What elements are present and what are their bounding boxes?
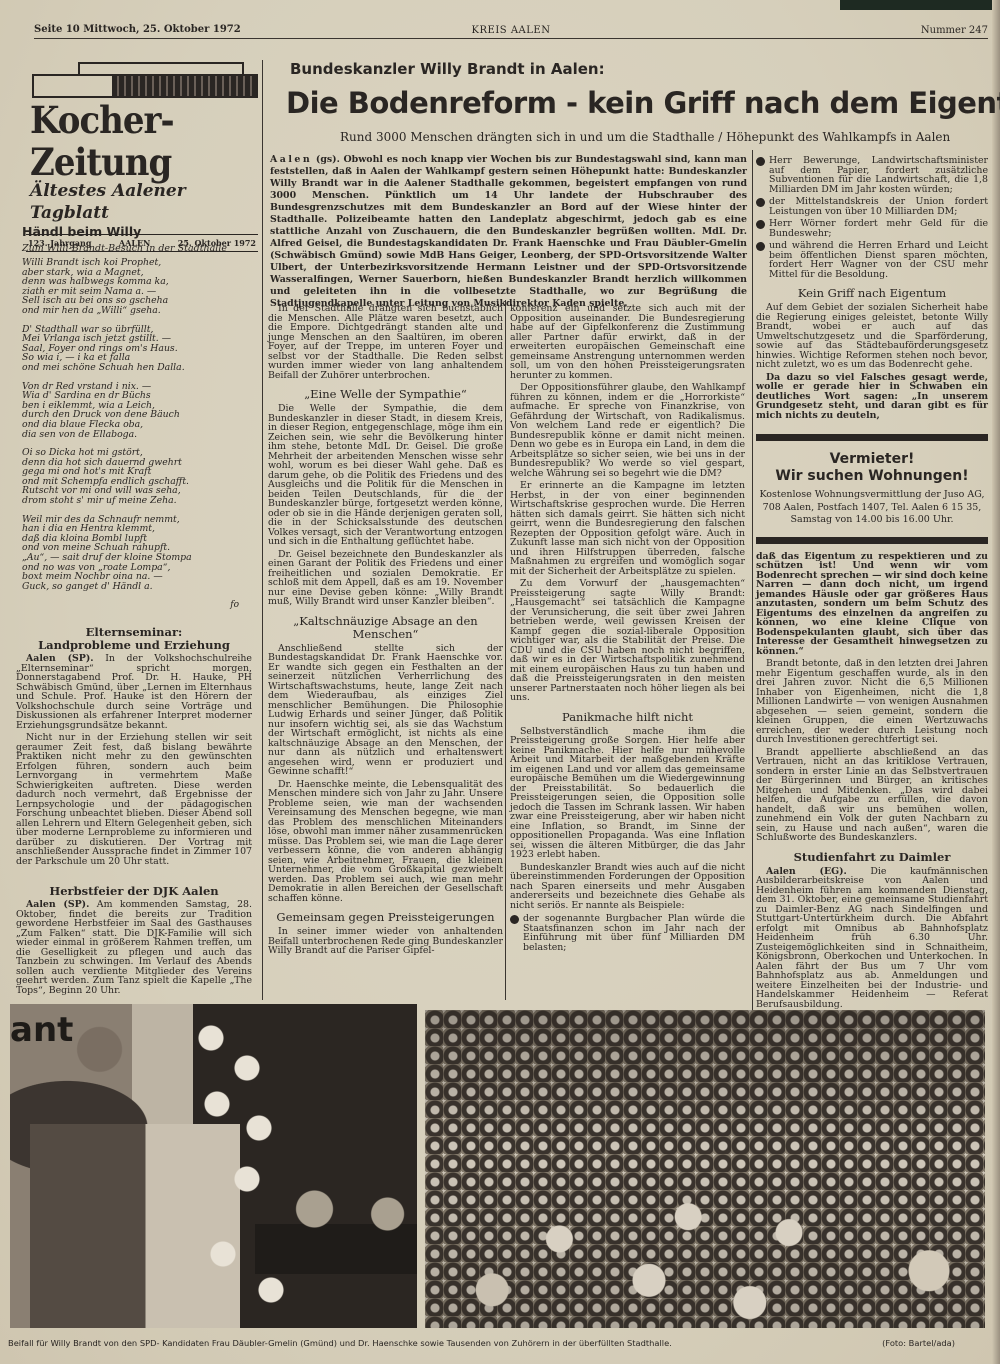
caption-text: Beifall für Willy Brandt von den SPD- Ka… (8, 1338, 672, 1348)
paragraph: Da dazu so viel Falsches gesagt werde, w… (756, 373, 988, 421)
bullet-icon (510, 915, 519, 924)
paragraph: Dr. Haenschke meinte, die Lebensqualität… (268, 780, 503, 904)
paper-subtitle: Ältestes Aalener Tagblatt (30, 180, 258, 224)
article-title: Herbstfeier der DJK Aalen (16, 885, 252, 898)
paragraph: In der Stadthalle drängten sich buchstäb… (268, 304, 503, 380)
article-title: Landprobleme und Erziehung (16, 639, 252, 652)
article-headline: Die Bodenreform - kein Griff nach dem Ei… (286, 86, 1000, 120)
ad-line: 708 Aalen, Postfach 1407, Tel. Aalen 6 1… (756, 502, 988, 515)
ad-line: Kostenlose Wohnungsvermittlung der Juso … (756, 489, 988, 502)
article-elternseminar: Elternseminar: Landprobleme und Erziehun… (16, 626, 252, 866)
paper-name: Kocher-Zeitung (30, 100, 258, 184)
bullet-item: Herr Wörner fordert mehr Geld für die Bu… (756, 219, 988, 238)
paragraph: Zu dem Vorwurf der „hausgemachten“ Preis… (510, 579, 745, 703)
bullet-list: Herr Bewerunge, Landwirtschaftsminister … (756, 156, 988, 279)
ad-line: Samstag von 14.00 bis 16.00 Uhr. (756, 514, 988, 527)
scan-edge-shadow (840, 0, 1000, 10)
column-divider (505, 300, 506, 1000)
subheading: Gemeinsam gegen Preissteigerungen (268, 911, 503, 924)
ad-top-bar (756, 434, 988, 441)
paragraph: konferenz ein und setzte sich auch mit d… (510, 304, 745, 380)
article-lead: Aalen (gs). Obwohl es noch knapp vier Wo… (270, 154, 747, 310)
building-logo-icon (30, 58, 258, 102)
page-date: Seite 10 Mittwoch, 25. Oktober 1972 (34, 24, 241, 35)
newspaper-page: Seite 10 Mittwoch, 25. Oktober 1972 KREI… (0, 0, 1000, 1364)
paragraph: Auf dem Gebiet der sozialen Sicherheit h… (756, 303, 988, 370)
poem-stanzas: Willi Brandt isch koi Prophet,aber stark… (22, 258, 257, 591)
paragraph: Er erinnerte an die Kampagne im letzten … (510, 481, 745, 576)
paragraph: Anschließend stellte sich der Bundestags… (268, 644, 503, 777)
bullet-item: der Mittelstandskreis der Union fordert … (756, 197, 988, 216)
dateline: Aalen (270, 154, 312, 165)
subheading: „Kaltschnäuzige Absage an den Menschen“ (268, 615, 503, 641)
bullet-item: und während die Herren Erhard und Leicht… (756, 241, 988, 279)
article-column-2: konferenz ein und setzte sich auch mit d… (510, 304, 745, 955)
paragraph: Nicht nur in der Erziehung stellen wir s… (16, 733, 252, 866)
subheading: Panikmache hilft nicht (510, 711, 745, 724)
paragraph: Die Welle der Sympathie, die dem Bundesk… (268, 404, 503, 547)
article-column-1: In der Stadthalle drängten sich buchstäb… (268, 304, 503, 956)
photo-brandt-speaking: ant (10, 1004, 417, 1328)
lead-text: (gs). Obwohl es noch knapp vier Wochen b… (270, 154, 747, 309)
page-edge (992, 0, 1000, 1364)
photo-credit: (Foto: Bartel/ada) (882, 1338, 955, 1348)
poem-stanza: Von dr Red vrstand i nix. —Wia d' Sardin… (22, 382, 257, 440)
article-subheadline: Rund 3000 Menschen drängten sich in und … (340, 130, 950, 144)
section-title: KREIS AALEN (472, 25, 551, 36)
poem-stanza: Willi Brandt isch koi Prophet,aber stark… (22, 258, 257, 316)
paragraph: Die kaufmännischen Ausbilderarbeitskreis… (756, 866, 988, 1010)
header-rule (34, 38, 988, 39)
running-header: Seite 10 Mittwoch, 25. Oktober 1972 KREI… (34, 20, 988, 40)
poem-subtitle: Zum Willi-Brandt-Besuch in der Stadthall… (22, 243, 257, 254)
masthead: Kocher-Zeitung Ältestes Aalener Tagblatt… (30, 58, 258, 252)
article-herbstfeier: Herbstfeier der DJK Aalen Aalen (SP). Am… (16, 885, 252, 995)
ad-bottom-bar (756, 537, 988, 544)
paragraph: Bundeskanzler Brandt wies auch auf die n… (510, 863, 745, 911)
paragraph: Am kommenden Samstag, 28. Oktober, finde… (16, 899, 252, 996)
poem-stanza: D' Stadthall war so übrfüllt,Mei Vrlanga… (22, 325, 257, 373)
advertisement: Vermieter! Wir suchen Wohnungen! Kostenl… (756, 451, 988, 527)
photo-banner-text: ant (10, 1012, 70, 1048)
subheading: Kein Griff nach Eigentum (756, 287, 988, 300)
column-divider (752, 150, 753, 1010)
paragraph: Dr. Geisel bezeichnete den Bundeskanzler… (268, 550, 503, 607)
paragraph: Selbstverständlich mache ihm die Preisst… (510, 727, 745, 860)
subheading: „Eine Welle der Sympathie“ (268, 388, 503, 401)
poem-signature: fo (22, 600, 239, 610)
paragraph: In der Volkshochschulreihe „Elternsemina… (16, 653, 252, 731)
article-title: Studienfahrt zu Daimler (756, 851, 988, 864)
poem-title: Händl beim Willy (22, 224, 257, 239)
bullet-icon (756, 220, 765, 229)
poem-stanza: Oi so Dicka hot mi gstört,denn dia hot s… (22, 448, 257, 506)
issue-number: Nummer 247 (921, 25, 988, 36)
bullet-item: der sogenannte Burgbacher Plan würde die… (510, 914, 745, 952)
bullet-item: Herr Bewerunge, Landwirtschaftsminister … (756, 156, 988, 194)
photo-audience (425, 1010, 985, 1328)
bullet-icon (756, 242, 765, 251)
paragraph: Brandt betonte, daß in den letzten drei … (756, 659, 988, 745)
paragraph: Brandt appellierte abschließend an das V… (756, 748, 988, 843)
ad-title: Wir suchen Wohnungen! (756, 468, 988, 485)
paragraph: In seiner immer wieder von anhaltenden B… (268, 927, 503, 956)
article-column-3: Herr Bewerunge, Landwirtschaftsminister … (756, 156, 988, 1009)
article-kicker: Bundeskanzler Willy Brandt in Aalen: (290, 60, 605, 78)
paragraph: Der Oppositionsführer glaube, den Wahlka… (510, 383, 745, 478)
candidates (255, 1174, 417, 1274)
photo-caption: Beifall für Willy Brandt von den SPD- Ka… (8, 1338, 993, 1348)
ad-title: Vermieter! (756, 451, 988, 468)
bullet-icon (756, 157, 765, 166)
paragraph: daß das Eigentum zu respektieren und zu … (756, 552, 988, 657)
bullet-icon (756, 198, 765, 207)
poem: Händl beim Willy Zum Willi-Brandt-Besuch… (22, 224, 257, 610)
column-divider (262, 60, 263, 1000)
poem-stanza: Weil mir des da Schnaufr nemmt,han i dia… (22, 515, 257, 592)
